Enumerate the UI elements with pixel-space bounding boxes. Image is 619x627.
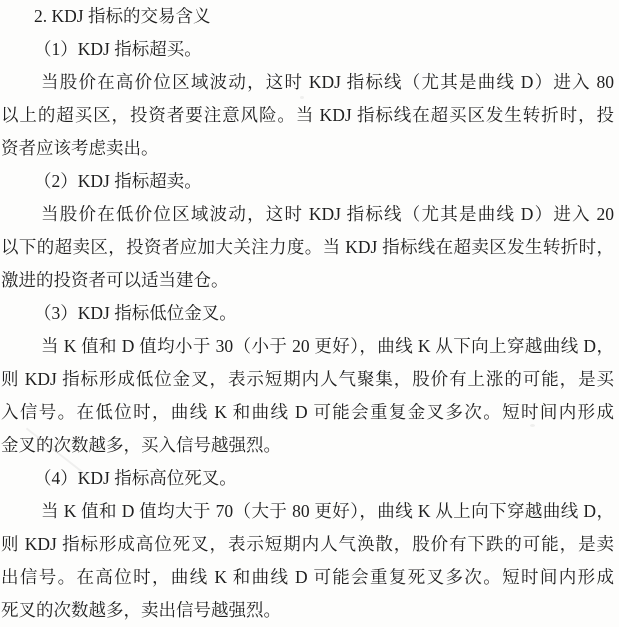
paragraph-line: 死叉的次数越多，卖出信号越强烈。: [1, 594, 614, 627]
paragraph-line: 则 KDJ 指标形成高位死叉，表示短期内人气涣散，股价有下跌的可能，是卖: [1, 528, 614, 561]
paragraph-line: 资者应该考虑卖出。: [1, 132, 614, 165]
item-4-title: （4）KDJ 指标高位死叉。: [1, 462, 614, 495]
item-3-title: （3）KDJ 指标低位金叉。: [1, 297, 614, 330]
paragraph-line: 出信号。在高位时，曲线 K 和曲线 D 可能会重复死叉多次。短时间内形成: [1, 561, 614, 594]
paragraph-line: 以上的超买区，投资者要注意风险。当 KDJ 指标线在超买区发生转折时，投: [1, 99, 614, 132]
item-2-title: （2）KDJ 指标超卖。: [1, 165, 614, 198]
paragraph-line: 金叉的次数越多，买入信号越强烈。: [1, 429, 614, 462]
paragraph-line: 激进的投资者可以适当建仓。: [1, 264, 614, 297]
paragraph-line: 则 KDJ 指标形成低位金叉，表示短期内人气聚集，股价有上涨的可能，是买: [1, 363, 614, 396]
item-1-title: （1）KDJ 指标超买。: [1, 33, 614, 66]
section-heading: 2. KDJ 指标的交易含义: [1, 0, 614, 33]
document-page: 2. KDJ 指标的交易含义 （1）KDJ 指标超买。 当股价在高价位区域波动，…: [0, 0, 619, 627]
paragraph-line: 当 K 值和 D 值均大于 70（大于 80 更好），曲线 K 从上向下穿越曲线…: [1, 495, 614, 528]
paragraph-line: 入信号。在低位时，曲线 K 和曲线 D 可能会重复金叉多次。短时间内形成: [1, 396, 614, 429]
paragraph-line: 当 K 值和 D 值均小于 30（小于 20 更好），曲线 K 从下向上穿越曲线…: [1, 330, 614, 363]
paragraph-line: 当股价在低价位区域波动，这时 KDJ 指标线（尤其是曲线 D）进入 20: [1, 198, 614, 231]
paragraph-line: 以下的超卖区，投资者应加大关注力度。当 KDJ 指标线在超卖区发生转折时，: [1, 231, 614, 264]
paragraph-line: 当股价在高价位区域波动，这时 KDJ 指标线（尤其是曲线 D）进入 80: [1, 66, 614, 99]
